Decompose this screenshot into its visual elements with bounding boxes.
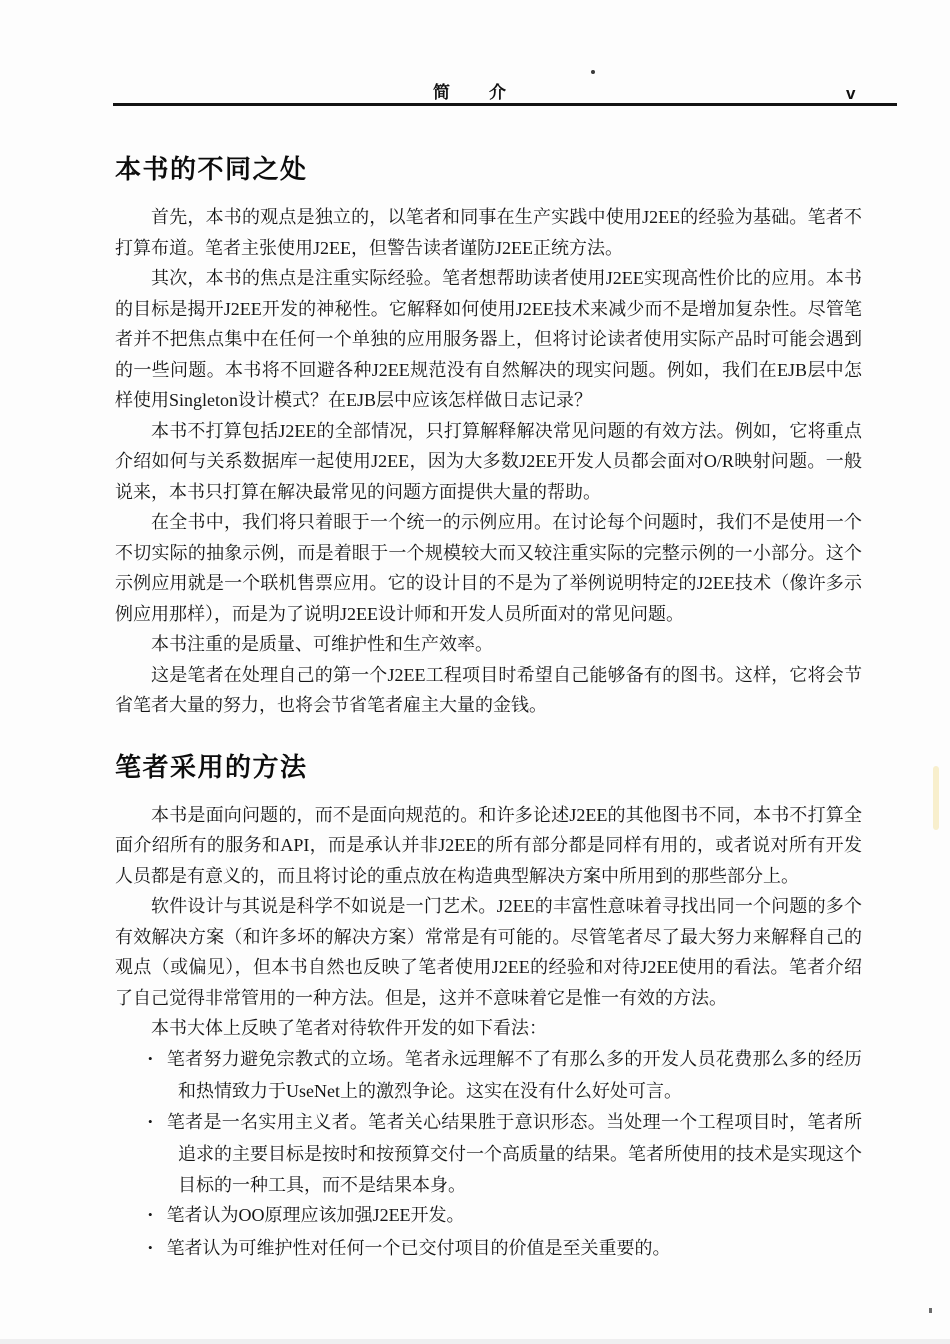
scan-edge-strip: [933, 766, 939, 830]
paragraph: 本书是面向问题的，而不是面向规范的。和许多论述J2EE的其他图书不同，本书不打算…: [115, 800, 862, 892]
paragraph: 本书注重的是质量、可维护性和生产效率。: [115, 629, 862, 660]
list-item: 笔者努力避免宗教式的立场。笔者永远理解不了有那么多的开发人员花费那么多的经历和热…: [115, 1044, 862, 1107]
section-heading-approach: 笔者采用的方法: [115, 748, 862, 786]
scan-speck-top: [591, 70, 595, 74]
list-item: 笔者是一名实用主义者。笔者关心结果胜于意识形态。当处理一个工程项目时，笔者所追求…: [115, 1107, 862, 1201]
scan-speck-bottom: [929, 1308, 932, 1313]
scan-bottom-edge: [0, 1339, 950, 1344]
list-item: 笔者认为可维护性对任何一个已交付项目的价值是至关重要的。: [115, 1233, 862, 1266]
paragraph: 这是笔者在处理自己的第一个J2EE工程项目时希望自己能够备有的图书。这样，它将会…: [115, 660, 862, 721]
paragraph: 在全书中，我们将只着眼于一个统一的示例应用。在讨论每个问题时，我们不是使用一个不…: [115, 507, 862, 629]
header-divider-rule: [113, 103, 897, 106]
paragraph: 本书大体上反映了笔者对待软件开发的如下看法：: [115, 1013, 862, 1044]
section-heading-differences: 本书的不同之处: [115, 150, 862, 188]
paragraph: 软件设计与其说是科学不如说是一门艺术。J2EE的丰富性意味着寻找出同一个问题的多…: [115, 891, 862, 1013]
book-page-scan: 简 介 v 本书的不同之处 首先，本书的观点是独立的，以笔者和同事在生产实践中使…: [0, 0, 950, 1344]
paragraph: 首先，本书的观点是独立的，以笔者和同事在生产实践中使用J2EE的经验为基础。笔者…: [115, 202, 862, 263]
paragraph: 其次，本书的焦点是注重实际经验。笔者想帮助读者使用J2EE实现高性价比的应用。本…: [115, 263, 862, 416]
page-content: 本书的不同之处 首先，本书的观点是独立的，以笔者和同事在生产实践中使用J2EE的…: [115, 150, 862, 1265]
viewpoint-list: 笔者努力避免宗教式的立场。笔者永远理解不了有那么多的开发人员花费那么多的经历和热…: [115, 1044, 862, 1266]
page-number: v: [846, 84, 855, 104]
running-header-title: 简 介: [0, 78, 950, 103]
paragraph: 本书不打算包括J2EE的全部情况，只打算解释解决常见问题的有效方法。例如，它将重…: [115, 416, 862, 508]
list-item: 笔者认为OO原理应该加强J2EE开发。: [115, 1200, 862, 1233]
